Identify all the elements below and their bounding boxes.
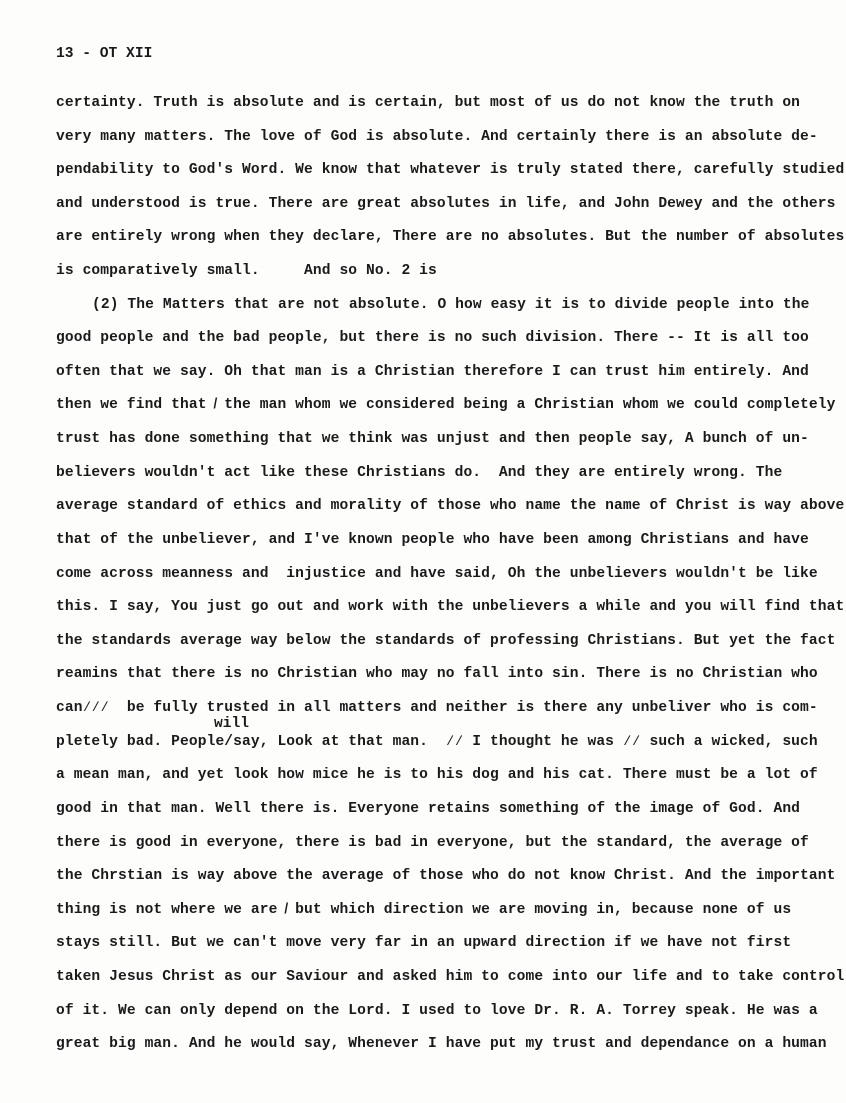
text-line: pletely bad. People/say, Look at that ma…	[56, 733, 818, 751]
text-line: this. I say, You just go out and work wi…	[56, 598, 844, 616]
text-line: the standards average way below the stan…	[56, 632, 835, 650]
document-page: 13 - OT XII certainty. Truth is absolute…	[0, 0, 846, 1103]
text-line: average standard of ethics and morality …	[56, 497, 844, 515]
text-line: certainty. Truth is absolute and is cert…	[56, 94, 800, 112]
text-line: pendability to God's Word. We know that …	[56, 161, 846, 179]
text-line: good in that man. Well there is. Everyon…	[56, 800, 800, 818]
text-line: a mean man, and yet look how mice he is …	[56, 766, 818, 784]
text-line: thing is not where we are ̸ but which di…	[56, 901, 791, 919]
text-line: and understood is true. There are great …	[56, 195, 835, 213]
text-line: there is good in everyone, there is bad …	[56, 834, 809, 852]
text-line: trust has done something that we think w…	[56, 430, 809, 448]
page-header: 13 - OT XII	[56, 46, 152, 62]
text-line: come across meanness and injustice and h…	[56, 565, 818, 583]
text-line: great big man. And he would say, Wheneve…	[56, 1035, 827, 1053]
text-line: very many matters. The love of God is ab…	[56, 128, 818, 146]
text-line: are entirely wrong when they declare, Th…	[56, 228, 844, 246]
text-line: of it. We can only depend on the Lord. I…	[56, 1002, 818, 1020]
text-line: often that we say. Oh that man is a Chri…	[56, 363, 809, 381]
text-line: then we find that ̸ the man whom we cons…	[56, 396, 835, 414]
text-line: believers wouldn't act like these Christ…	[56, 464, 782, 482]
text-line: the Chrstian is way above the average of…	[56, 867, 835, 885]
text-line: is comparatively small. And so No. 2 is	[56, 262, 437, 280]
text-line: reamins that there is no Christian who m…	[56, 665, 818, 683]
text-line: taken Jesus Christ as our Saviour and as…	[56, 968, 844, 986]
paragraph-start-line: (2) The Matters that are not absolute. O…	[92, 296, 809, 314]
text-line: that of the unbeliever, and I've known p…	[56, 531, 809, 549]
interlinear-insertion: will	[214, 717, 249, 731]
text-line: stays still. But we can't move very far …	[56, 934, 791, 952]
text-line: can∕∕∕ be fully trusted in all matters a…	[56, 699, 818, 717]
text-line: good people and the bad people, but ther…	[56, 329, 809, 347]
